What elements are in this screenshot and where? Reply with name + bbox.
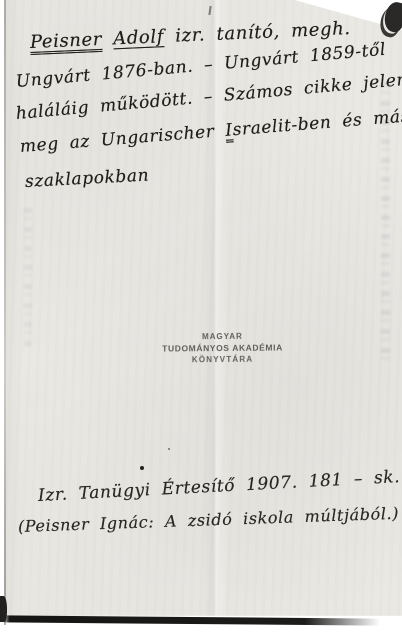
scan-edge-bottom [2,615,380,625]
bleed-through-left [24,208,32,348]
person-name-first: Peisner [30,29,103,53]
ink-dot [140,466,144,470]
ink-speck [168,448,170,450]
stamp-line-2: TUDOMÁNYOS AKADÉMIA [150,342,295,353]
scanned-document: Peisner Adolf izr. tanító, megh. Ungvárt… [0,0,402,635]
person-name-last: Adolf [113,26,165,49]
scan-edge-bottom-left [0,596,7,622]
stamp-line-1: MAGYAR [150,331,295,341]
stamp-line-3: KÖNYVTÁRA [150,354,295,364]
library-stamp: MAGYAR TUDOMÁNYOS AKADÉMIA KÖNYVTÁRA [150,331,295,364]
scan-edge-left [4,0,6,625]
